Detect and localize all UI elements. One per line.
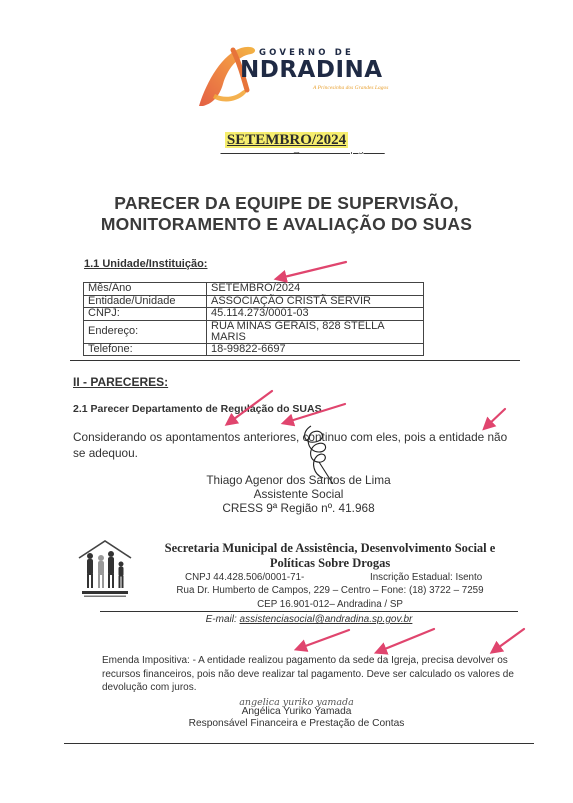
- secretaria-name-line-1: Secretaria Municipal de Assistência, Des…: [140, 541, 520, 556]
- table-row: Endereço:RUA MINAS GERAIS, 828 STELLA MA…: [84, 320, 424, 343]
- arrow-icon: [380, 629, 434, 651]
- arrow-icon: [300, 630, 349, 648]
- divider: [64, 743, 534, 744]
- logo-name: NDRADINA: [240, 57, 383, 83]
- email-label: E-mail:: [188, 152, 218, 155]
- parecer-subheading: 2.1 Parecer Departamento de Regulação do…: [73, 403, 322, 415]
- email-link[interactable]: assistenciasocial@andradina.sp.gov.br: [240, 614, 413, 625]
- signature-block-financial: Angélica Yuriko Yamada Responsável Finan…: [0, 706, 573, 730]
- row-key: Mês/Ano: [84, 283, 207, 296]
- logo-tagline: A Princesinha dos Grandes Lagos: [313, 85, 388, 91]
- house-family-icon: [76, 538, 134, 600]
- month-label: SETEMBRO/2024: [225, 132, 348, 148]
- row-value: ASSOCIAÇÃO CRISTÃ SERVIR: [207, 295, 424, 308]
- row-value: 18-99822-6697: [207, 343, 424, 356]
- unit-section-heading: 1.1 Unidade/Instituição:: [84, 258, 207, 270]
- secretaria-cnpj: CNPJ 44.428.506/0001-71-: [185, 572, 304, 583]
- table-row: CNPJ:45.114.273/0001-03: [84, 308, 424, 321]
- signatory-registry: CRESS 9ª Região nº. 41.968: [0, 501, 573, 515]
- table-row: Telefone:18-99822-6697: [84, 343, 424, 356]
- assistencia-logo: [76, 538, 134, 600]
- parecer-text: Considerando os apontamentos anteriores,…: [73, 430, 513, 461]
- signatory-role: Responsável Financeira e Prestação de Co…: [10, 718, 573, 730]
- title-line-2: MONITORAMENTO E AVALIAÇÃO DO SUAS: [0, 214, 573, 235]
- secretaria-name-line-2: Políticas Sobre Drogas: [140, 556, 520, 571]
- arrow-icon: [495, 629, 524, 650]
- emenda-text: Emenda Impositiva: - A entidade realizou…: [102, 654, 532, 695]
- row-key: Telefone:: [84, 343, 207, 356]
- andradina-logo: GOVERNO DE NDRADINA A Princesinha dos Gr…: [193, 40, 408, 112]
- secretaria-cep: CEP 16.901-012– Andradina / SP: [140, 599, 520, 610]
- email-link[interactable]: assistenciasocial@andradina.sp.gov.br: [221, 152, 385, 155]
- secretaria-name: Secretaria Municipal de Assistência, Des…: [140, 541, 520, 571]
- row-key: Entidade/Unidade: [84, 295, 207, 308]
- pareceres-heading: II - PARECERES:: [73, 375, 168, 389]
- title-line-1: PARECER DA EQUIPE DE SUPERVISÃO,: [0, 193, 573, 214]
- signatory-role: Assistente Social: [0, 487, 573, 501]
- table-row: Mês/AnoSETEMBRO/2024: [84, 283, 424, 296]
- row-key: Endereço:: [84, 320, 207, 343]
- secretaria-email-line: E-mail: assistenciasocial@andradina.sp.g…: [100, 614, 518, 625]
- signatory-name: Angélica Yuriko Yamada: [10, 706, 573, 718]
- signatory-name: Thiago Agenor dos Santos de Lima: [0, 473, 573, 487]
- secretaria-inscricao: Inscrição Estadual: Isento: [370, 572, 482, 583]
- row-key: CNPJ:: [84, 308, 207, 321]
- secretaria-address: Rua Dr. Humberto de Campos, 229 – Centro…: [140, 585, 520, 596]
- email-label: E-mail:: [206, 614, 237, 625]
- row-value: SETEMBRO/2024: [207, 283, 424, 296]
- arrow-icon: [487, 409, 505, 426]
- header-email-line: E-mail: assistenciasocial@andradina.sp.g…: [0, 152, 573, 160]
- row-value: RUA MINAS GERAIS, 828 STELLA MARIS: [207, 320, 424, 343]
- arrow-icon: [280, 262, 346, 278]
- month-heading: SETEMBRO/2024: [0, 131, 573, 149]
- signature-block-social-worker: Thiago Agenor dos Santos de Lima Assiste…: [0, 473, 573, 515]
- page-title: PARECER DA EQUIPE DE SUPERVISÃO, MONITOR…: [0, 193, 573, 235]
- divider: [100, 611, 518, 612]
- row-value: 45.114.273/0001-03: [207, 308, 424, 321]
- table-row: Entidade/UnidadeASSOCIAÇÃO CRISTÃ SERVIR: [84, 295, 424, 308]
- divider: [70, 360, 520, 361]
- unit-info-table: Mês/AnoSETEMBRO/2024Entidade/UnidadeASSO…: [83, 282, 424, 356]
